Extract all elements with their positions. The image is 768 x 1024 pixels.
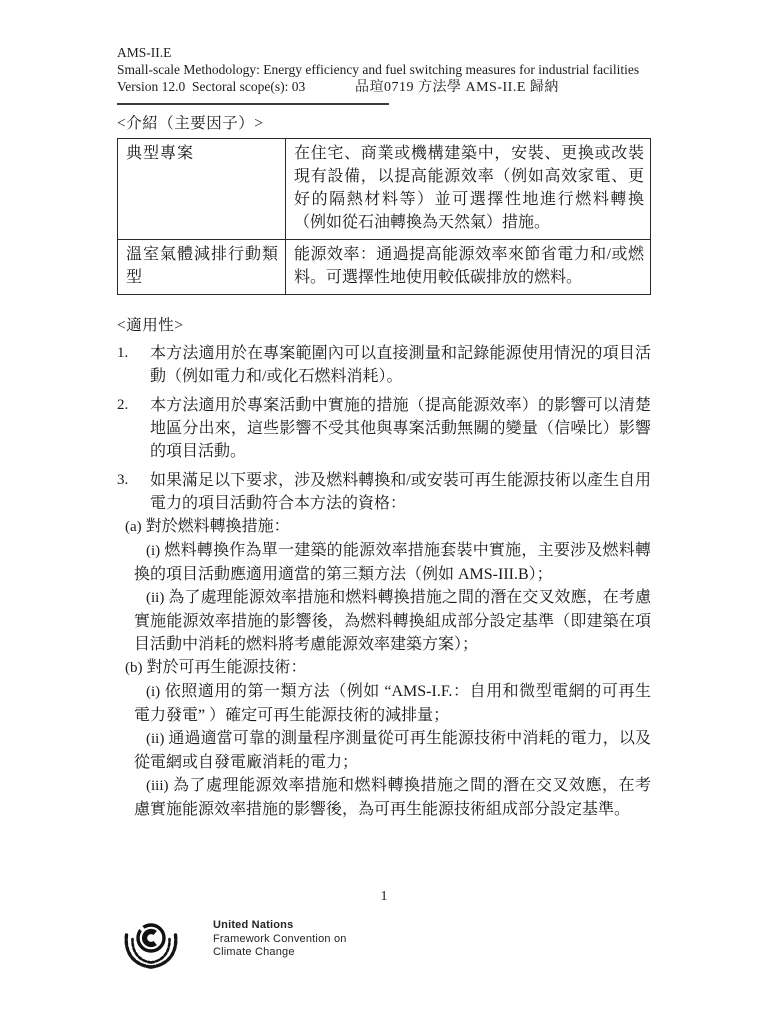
sub-item-marker: (ii) xyxy=(146,731,164,747)
unfccc-logo: United Nations Framework Convention on C… xyxy=(119,912,419,974)
logo-text: United Nations Framework Convention on C… xyxy=(213,919,347,960)
table-row-label: 溫室氣體減排行動類型 xyxy=(118,240,286,295)
sectoral-scope-label: Sectoral scope(s): 03 xyxy=(192,78,355,95)
list-item-text: 如果滿足以下要求，涉及燃料轉換和/或安裝可再生能源技術以產生自用電力的項目活動符… xyxy=(150,469,651,515)
document-header: AMS-II.E Small-scale Methodology: Energy… xyxy=(117,44,651,96)
sub-item-text: 依照適用的第一類方法（例如 “AMS-I.F.：自用和微型電網的可再生電力發電”… xyxy=(134,683,651,724)
sub-item-text: 通過適當可靠的測量程序測量從可再生能源技術中消耗的電力，以及從電網或自發電廠消耗… xyxy=(134,730,651,771)
intro-table: 典型專案 在住宅、商業或機構建築中，安裝、更換或改裝現有設備，以提高能源效率（例… xyxy=(117,138,651,295)
list-item: 3. 如果滿足以下要求，涉及燃料轉換和/或安裝可再生能源技術以產生自用電力的項目… xyxy=(117,469,651,515)
sub-item-a-i: (i)燃料轉換作為單一建築的能源效率措施套裝中實施，主要涉及燃料轉換的項目活動應… xyxy=(134,539,651,586)
list-item-text: 本方法適用於專案活動中實施的措施（提高能源效率）的影響可以清楚地區分出來，這些影… xyxy=(150,394,651,463)
sub-item-b: (b)對於可再生能源技術： xyxy=(125,656,651,680)
intro-section-heading: <介紹（主要因子）> xyxy=(117,114,651,134)
applicability-section-heading: <適用性> xyxy=(117,316,651,336)
table-row-content: 能源效率：通過提高能源效率來節省電力和/或燃料。可選擇性地使用較低碳排放的燃料。 xyxy=(286,240,651,295)
annotation-reference: 品瑄0719 方法學 AMS-II.E 歸納 xyxy=(355,79,559,96)
list-item: 1. 本方法適用於在專案範圍內可以直接測量和記錄能源使用情況的項目活動（例如電力… xyxy=(117,342,651,388)
list-item-text: 本方法適用於在專案範圍內可以直接測量和記錄能源使用情況的項目活動（例如電力和/或… xyxy=(150,342,651,388)
list-item-number: 2. xyxy=(117,394,150,463)
sub-item-text: 為了處理能源效率措施和燃料轉換措施之間的潛在交叉效應，在考慮實施能源效率措施的影… xyxy=(134,589,651,653)
sub-item-marker: (i) xyxy=(146,543,160,559)
sub-item-text: 燃料轉換作為單一建築的能源效率措施套裝中實施，主要涉及燃料轉換的項目活動應適用適… xyxy=(134,542,651,583)
document-page: AMS-II.E Small-scale Methodology: Energy… xyxy=(0,0,768,1024)
page-number: 1 xyxy=(117,889,651,905)
list-item-number: 1. xyxy=(117,342,150,388)
table-row-label: 典型專案 xyxy=(118,139,286,240)
sub-item-b-iii: (iii)為了處理能源效率措施和燃料轉換措施之間的潛在交叉效應，在考慮實施能源效… xyxy=(134,774,651,821)
sub-item-marker: (b) xyxy=(125,660,143,676)
document-id: AMS-II.E xyxy=(117,44,651,61)
sub-item-a: (a)對於燃料轉換措施： xyxy=(125,515,651,539)
logo-line3: Climate Change xyxy=(213,946,347,960)
logo-org-name: United Nations xyxy=(213,919,347,933)
sub-item-b-i: (i)依照適用的第一類方法（例如 “AMS-I.F.：自用和微型電網的可再生電力… xyxy=(134,680,651,727)
sub-item-text: 對於燃料轉換措施： xyxy=(146,518,290,535)
table-row: 溫室氣體減排行動類型 能源效率：通過提高能源效率來節省電力和/或燃料。可選擇性地… xyxy=(118,240,651,295)
sub-item-a-ii: (ii)為了處理能源效率措施和燃料轉換措施之間的潛在交叉效應，在考慮實施能源效率… xyxy=(134,586,651,656)
sub-item-text: 為了處理能源效率措施和燃料轉換措施之間的潛在交叉效應，在考慮實施能源效率措施的影… xyxy=(134,777,651,818)
version-label: Version 12.0 xyxy=(117,78,192,95)
list-item-number: 3. xyxy=(117,469,150,515)
version-line: Version 12.0 Sectoral scope(s): 03 品瑄071… xyxy=(117,78,651,96)
table-row: 典型專案 在住宅、商業或機構建築中，安裝、更換或改裝現有設備，以提高能源效率（例… xyxy=(118,139,651,240)
sub-item-marker: (i) xyxy=(146,684,160,700)
table-row-content: 在住宅、商業或機構建築中，安裝、更換或改裝現有設備，以提高能源效率（例如高效家電… xyxy=(286,139,651,240)
header-divider xyxy=(117,103,389,105)
page-content: AMS-II.E Small-scale Methodology: Energy… xyxy=(117,44,651,821)
sub-item-marker: (iii) xyxy=(146,778,169,794)
sub-item-text: 對於可再生能源技術： xyxy=(147,659,307,676)
unfccc-wreath-icon xyxy=(119,912,183,972)
list-item: 2. 本方法適用於專案活動中實施的措施（提高能源效率）的影響可以清楚地區分出來，… xyxy=(117,394,651,463)
sub-item-b-ii: (ii)通過適當可靠的測量程序測量從可再生能源技術中消耗的電力，以及從電網或自發… xyxy=(134,727,651,774)
document-title: Small-scale Methodology: Energy efficien… xyxy=(117,61,651,78)
sub-item-marker: (a) xyxy=(125,519,142,535)
logo-line2: Framework Convention on xyxy=(213,933,347,947)
sub-item-marker: (ii) xyxy=(146,590,164,606)
